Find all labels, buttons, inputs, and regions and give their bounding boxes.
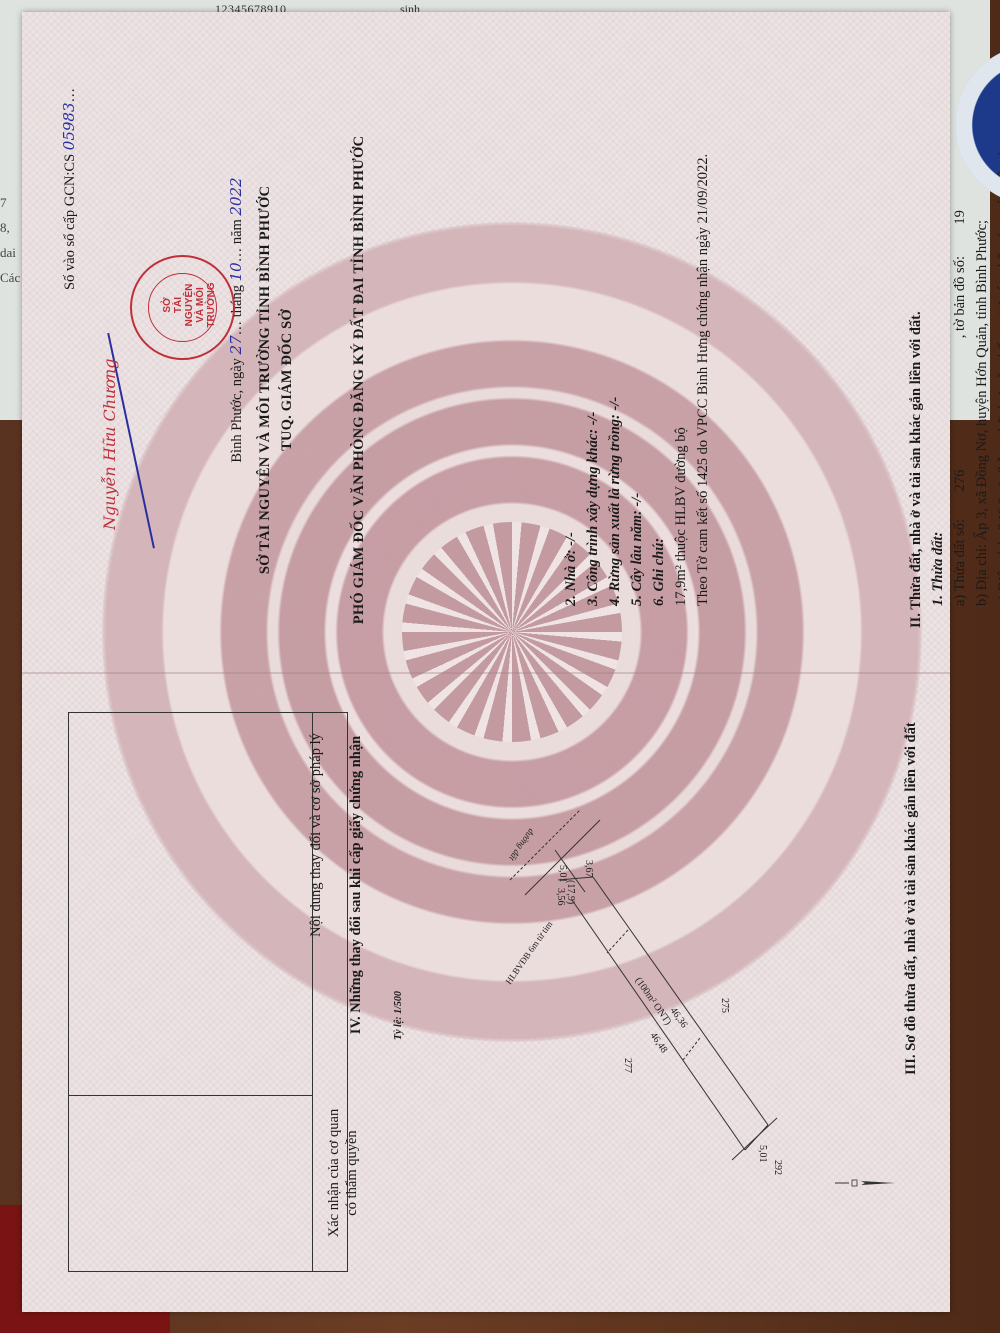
signer-position: PHÓ GIÁM ĐỐC VĂN PHÒNG ĐĂNG KÝ ĐẤT ĐAI T… (298, 40, 370, 720)
svg-text:3,56: 3,56 (555, 888, 566, 906)
svg-text:5,01: 5,01 (757, 1145, 768, 1163)
official-red-stamp: SỞ TÀI NGUYÊN VÀ MÔI TRƯỜNG (130, 255, 235, 360)
issuing-agency: SỞ TÀI NGUYÊN VÀ MÔI TRƯỜNG TỈNH BÌNH PH… (248, 40, 276, 720)
parcel-number: 276 (949, 445, 971, 515)
section-3-title: III. Sơ đồ thửa đất, nhà ở và tài sản kh… (900, 625, 922, 1075)
svg-text:HLBVĐB 6m từ tim: HLBVĐB 6m từ tim (503, 919, 554, 986)
changes-content-header: Nội dung thay đổi và cơ sở pháp lý (305, 670, 327, 1000)
map-scale: Tỷ lệ: 1/500 (393, 991, 404, 1040)
svg-text:275: 275 (719, 998, 730, 1013)
issue-month: 10 (227, 262, 245, 281)
section-2-other-assets: 2. Nhà ở: -/- 3. Công trình xây dựng khá… (560, 28, 714, 628)
notes-line-1: 17,9m² thuộc HLBV đường bộ (670, 28, 692, 628)
place-date: Bình Phước, ngày 27… tháng 10… năm 2022 (225, 40, 248, 720)
section-2-land-info: II. Thửa đất, nhà ở và tài sản khác gắn … (905, 28, 1000, 628)
svg-text:46,48: 46,48 (648, 1030, 670, 1055)
section-2-title: II. Thửa đất, nhà ở và tài sản khác gắn … (905, 28, 927, 628)
address-line: b) Địa chỉ: Ấp 3, xã Đồng Nơ, huyện Hớn … (971, 28, 993, 628)
signer-name: Nguyễn Hữu Chương (100, 359, 119, 531)
page-fold (22, 672, 950, 674)
issue-year: 2022 (227, 177, 245, 215)
other-works-line: 3. Công trình xây dựng khác: -/- (582, 28, 604, 628)
svg-text:(100m² ONT): (100m² ONT) (633, 975, 674, 1027)
parcel-sketch: 46,36 46,48 (100m² ONT) 5,01 5,01 3,67 3… (500, 780, 820, 1200)
on-behalf-of: TUQ. GIÁM ĐỐC SỞ (276, 40, 298, 720)
section-4-title: IV. Những thay đổi sau khi cấp giấy chứn… (345, 685, 367, 1085)
notes-heading: 6. Ghi chú: (648, 28, 670, 628)
map-sheet-number: 19 (949, 182, 971, 252)
background-left-edge-text: 7 8, dai Các (0, 190, 24, 290)
area-line: c) Diện tích: 246,8m², (bằng chữ: hai tr… (993, 28, 1000, 628)
stamp-text: SỞ TÀI NGUYÊN VÀ MÔI TRƯỜNG (162, 275, 217, 335)
issue-day: 27 (227, 335, 245, 354)
svg-text:(17,9): (17,9) (565, 880, 576, 904)
notes-line-2: Theo Tờ cam kết số 1425 do VPCC Bình Hưn… (692, 28, 714, 628)
north-arrow-icon (835, 1175, 895, 1191)
authority-confirmation-header: Xác nhận của cơ quan có thẩm quyền (325, 1088, 361, 1258)
svg-text:292: 292 (772, 1160, 783, 1175)
registration-code: 05983 (60, 103, 78, 151)
svg-text:3,67: 3,67 (583, 860, 594, 878)
house-line: 2. Nhà ở: -/- (560, 28, 582, 628)
svg-text:277: 277 (622, 1058, 633, 1073)
registration-number: Số vào sổ cấp GCN:CS 05983… (58, 0, 81, 290)
forest-line: 4. Rừng sản xuất là rừng trồng: -/- (604, 28, 626, 628)
perennial-line: 5. Cây lâu năm: -/- (626, 28, 648, 628)
parcel-number-line: a) Thửa đất số: 276 , tờ bản đồ số: 19 (949, 28, 971, 628)
signature-block: Bình Phước, ngày 27… tháng 10… năm 2022 … (225, 40, 370, 720)
land-parcel-heading: 1. Thửa đất: (927, 28, 949, 628)
